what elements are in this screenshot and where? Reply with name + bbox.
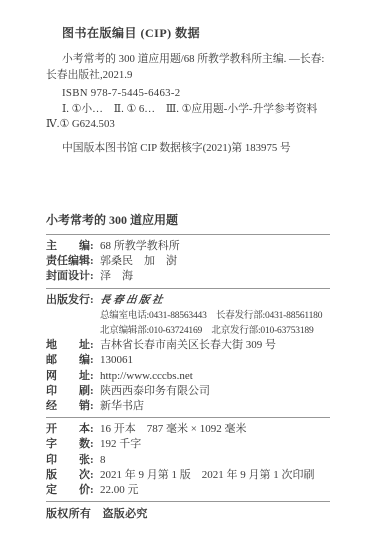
row-label: 封面设计: — [46, 269, 100, 284]
copyright-page: 图书在版编目 (CIP) 数据 小考常考的 300 道应用题/68 所教学教科所… — [0, 0, 375, 535]
colophon-row: 印 张:8 — [46, 453, 330, 468]
row-value: http://www.cccbs.net — [100, 369, 193, 384]
colophon-row: 印 刷:陕西西泰印务有限公司 — [46, 384, 330, 399]
cip-heading: 图书在版编目 (CIP) 数据 — [46, 26, 330, 40]
colophon-row: 定 价:22.00 元 — [46, 483, 330, 498]
row-value: 長春出版社 — [99, 293, 166, 308]
row-label: 出版发行: — [46, 293, 100, 308]
colophon-row: 主 编:68 所教学教科所 — [46, 239, 330, 254]
colophon-row: 字 数:192 千字 — [46, 437, 330, 452]
colophon-group: 出版发行:長春出版社 总编室电话:0431-88563443 长春发行部:043… — [46, 293, 330, 415]
colophon-row: 责任编辑:郭桑民 加 澍 — [46, 254, 330, 269]
row-value: 吉林省长春市南关区长春大街 309 号 — [100, 338, 276, 353]
colophon-row: 开 本:16 开本 787 毫米 × 1092 毫米 — [46, 422, 330, 437]
cip-description-line-2: 长春出版社,2021.9 — [46, 67, 330, 83]
colophon-row: 出版发行:長春出版社 — [46, 293, 330, 308]
colophon: 主 编:68 所教学教科所 责任编辑:郭桑民 加 澍 封面设计:泽 海 出版发行… — [46, 239, 330, 502]
row-value: 泽 海 — [100, 269, 133, 284]
title-rule — [46, 234, 330, 235]
row-label: 定 价: — [46, 483, 100, 498]
row-label: 经 销: — [46, 399, 100, 414]
colophon-row: 邮 编:130061 — [46, 353, 330, 368]
row-value: 130061 — [100, 353, 133, 368]
colophon-row: 总编室电话:0431-88563443 长春发行部:0431-88561180 — [46, 308, 330, 323]
row-value: 总编室电话:0431-88563443 长春发行部:0431-88561180 — [100, 308, 322, 323]
colophon-row: 北京编辑部:010-63724169 北京发行部:010-63753189 — [46, 323, 330, 338]
row-value: 北京编辑部:010-63724169 北京发行部:010-63753189 — [100, 323, 314, 338]
cip-classification-line-1: Ⅰ. ①小… Ⅱ. ① 6… Ⅲ. ①应用题-小学-升学参考资料 — [46, 102, 330, 117]
book-title: 小考常考的 300 道应用题 — [46, 213, 330, 231]
row-label: 主 编: — [46, 239, 100, 254]
row-label: 印 张: — [46, 453, 100, 468]
row-label: 责任编辑: — [46, 254, 100, 269]
row-value: 8 — [100, 453, 106, 468]
row-value: 68 所教学教科所 — [100, 239, 180, 254]
row-label: 字 数: — [46, 437, 100, 452]
copyright-notice: 版权所有 盗版必究 — [46, 507, 330, 522]
row-label: 邮 编: — [46, 353, 100, 368]
section-rule — [46, 417, 330, 418]
colophon-group: 主 编:68 所教学教科所 责任编辑:郭桑民 加 澍 封面设计:泽 海 — [46, 239, 330, 285]
cip-description-line-1: 小考常考的 300 道应用题/68 所教学教科所主编. —长春: — [46, 51, 330, 67]
row-value: 192 千字 — [100, 437, 141, 452]
row-label: 印 刷: — [46, 384, 100, 399]
cip-classification-line-2: Ⅳ.① G624.503 — [46, 117, 330, 132]
colophon-group: 开 本:16 开本 787 毫米 × 1092 毫米 字 数:192 千字 印 … — [46, 422, 330, 498]
colophon-row: 版 次:2021 年 9 月第 1 版 2021 年 9 月第 1 次印刷 — [46, 468, 330, 483]
row-label: 地 址: — [46, 338, 100, 353]
row-value: 陕西西泰印务有限公司 — [100, 384, 210, 399]
colophon-row: 网 址:http://www.cccbs.net — [46, 369, 330, 384]
colophon-row: 经 销:新华书店 — [46, 399, 330, 414]
cip-isbn: ISBN 978-7-5445-6463-2 — [46, 85, 330, 101]
row-label: 开 本: — [46, 422, 100, 437]
colophon-row: 地 址:吉林省长春市南关区长春大街 309 号 — [46, 338, 330, 353]
cip-record-number: 中国版本图书馆 CIP 数据核字(2021)第 183975 号 — [46, 140, 330, 156]
row-value: 新华书店 — [100, 399, 144, 414]
row-label: 版 次: — [46, 468, 100, 483]
section-rule — [46, 288, 330, 289]
section-rule — [46, 501, 330, 502]
colophon-row: 封面设计:泽 海 — [46, 269, 330, 284]
row-value: 2021 年 9 月第 1 版 2021 年 9 月第 1 次印刷 — [100, 468, 315, 483]
row-value: 22.00 元 — [100, 483, 139, 498]
row-value: 16 开本 787 毫米 × 1092 毫米 — [100, 422, 246, 437]
row-value: 郭桑民 加 澍 — [100, 254, 177, 269]
row-label: 网 址: — [46, 369, 100, 384]
